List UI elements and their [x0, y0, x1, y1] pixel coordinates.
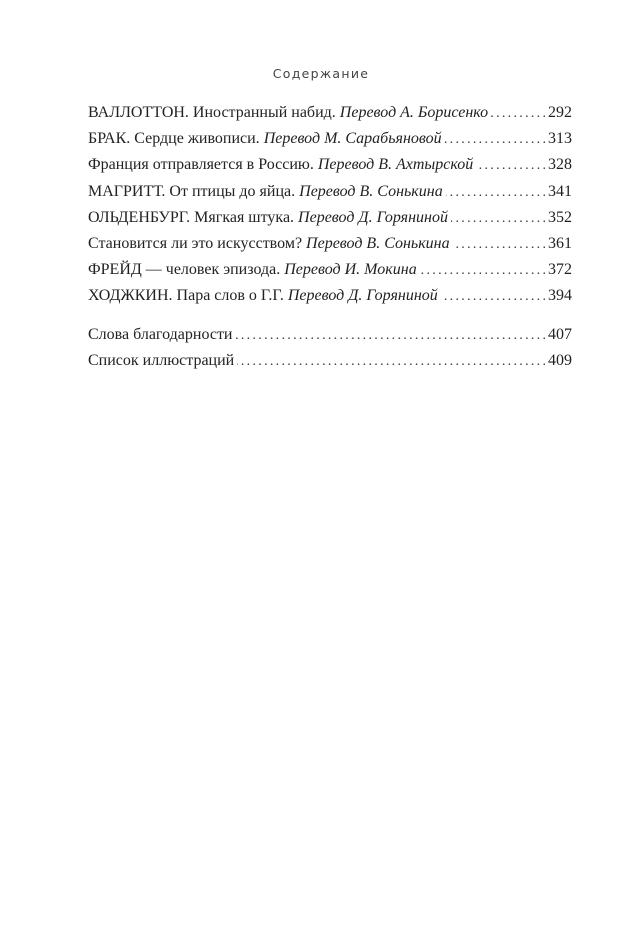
toc-entry-translator: Перевод В. Ахтырской: [318, 153, 473, 177]
dot-leader: [476, 154, 546, 178]
table-of-contents: ВАЛЛОТТОН. Иностранный набид. Перевод А.…: [88, 101, 572, 375]
toc-entry-translator: Перевод И. Мокина: [284, 258, 416, 282]
toc-entry-page: 341: [548, 180, 572, 204]
toc-entry-translator: Перевод В. Сонькина: [306, 232, 450, 256]
toc-entry-title: ФРЕЙД — человек эпизода.: [88, 258, 280, 282]
toc-entry-title: БРАК. Сердце живописи.: [88, 127, 260, 151]
toc-entry-title: Франция отправляется в Россию.: [88, 153, 314, 177]
toc-entry-title: Становится ли это искусством?: [88, 232, 302, 256]
toc-entry-page: 313: [548, 127, 572, 151]
dot-leader: [420, 259, 546, 283]
toc-entry[interactable]: БРАК. Сердце живописи. Перевод М. Сарабь…: [88, 127, 572, 153]
dot-leader: [451, 207, 546, 231]
toc-entry-title: ХОДЖКИН. Пара слов о Г.Г.: [88, 284, 284, 308]
toc-entry[interactable]: Список иллюстраций 409: [88, 349, 572, 375]
toc-entry-title: ОЛЬДЕНБУРГ. Мягкая штука.: [88, 206, 294, 230]
toc-entry-page: 394: [548, 284, 572, 308]
toc-entry-translator: Перевод В. Сонькина: [299, 180, 443, 204]
toc-back-matter: Слова благодарности 407 Список иллюстрац…: [88, 323, 572, 375]
toc-entry-translator: Перевод М. Сарабьяновой: [264, 127, 442, 151]
toc-entry-page: 328: [548, 153, 572, 177]
toc-entry[interactable]: ОЛЬДЕНБУРГ. Мягкая штука. Перевод Д. Гор…: [88, 206, 572, 232]
dot-leader: [491, 102, 546, 126]
page-title: Содержание: [0, 66, 642, 81]
toc-entry-translator: Перевод Д. Горяниной: [288, 284, 438, 308]
toc-entry-page: 372: [548, 258, 572, 282]
toc-main-entries: ВАЛЛОТТОН. Иностранный набид. Перевод А.…: [88, 101, 572, 311]
toc-entry-title: МАГРИТТ. От птицы до яйца.: [88, 180, 295, 204]
dot-leader: [237, 350, 546, 374]
toc-entry-title: ВАЛЛОТТОН. Иностранный набид.: [88, 101, 336, 125]
toc-entry[interactable]: Франция отправляется в Россию. Перевод В…: [88, 153, 572, 179]
dot-leader: [445, 128, 546, 152]
toc-entry-page: 361: [548, 232, 572, 256]
dot-leader: [236, 324, 547, 348]
dot-leader: [453, 233, 546, 257]
toc-entry[interactable]: ФРЕЙД — человек эпизода. Перевод И. Моки…: [88, 258, 572, 284]
toc-entry[interactable]: МАГРИТТ. От птицы до яйца. Перевод В. Со…: [88, 180, 572, 206]
toc-entry-title: Список иллюстраций: [88, 349, 234, 373]
toc-entry[interactable]: ВАЛЛОТТОН. Иностранный набид. Перевод А.…: [88, 101, 572, 127]
toc-entry-page: 409: [548, 349, 572, 373]
dot-leader: [441, 285, 546, 309]
toc-entry-page: 352: [548, 206, 572, 230]
toc-entry-page: 292: [548, 101, 572, 125]
toc-entry[interactable]: Слова благодарности 407: [88, 323, 572, 349]
toc-entry-translator: Перевод Д. Горяниной: [298, 206, 448, 230]
toc-entry-title: Слова благодарности: [88, 323, 233, 347]
toc-entry-page: 407: [548, 323, 572, 347]
dot-leader: [446, 181, 546, 205]
toc-entry[interactable]: ХОДЖКИН. Пара слов о Г.Г. Перевод Д. Гор…: [88, 284, 572, 310]
toc-entry[interactable]: Становится ли это искусством? Перевод В.…: [88, 232, 572, 258]
toc-entry-translator: Перевод А. Борисенко: [340, 101, 488, 125]
